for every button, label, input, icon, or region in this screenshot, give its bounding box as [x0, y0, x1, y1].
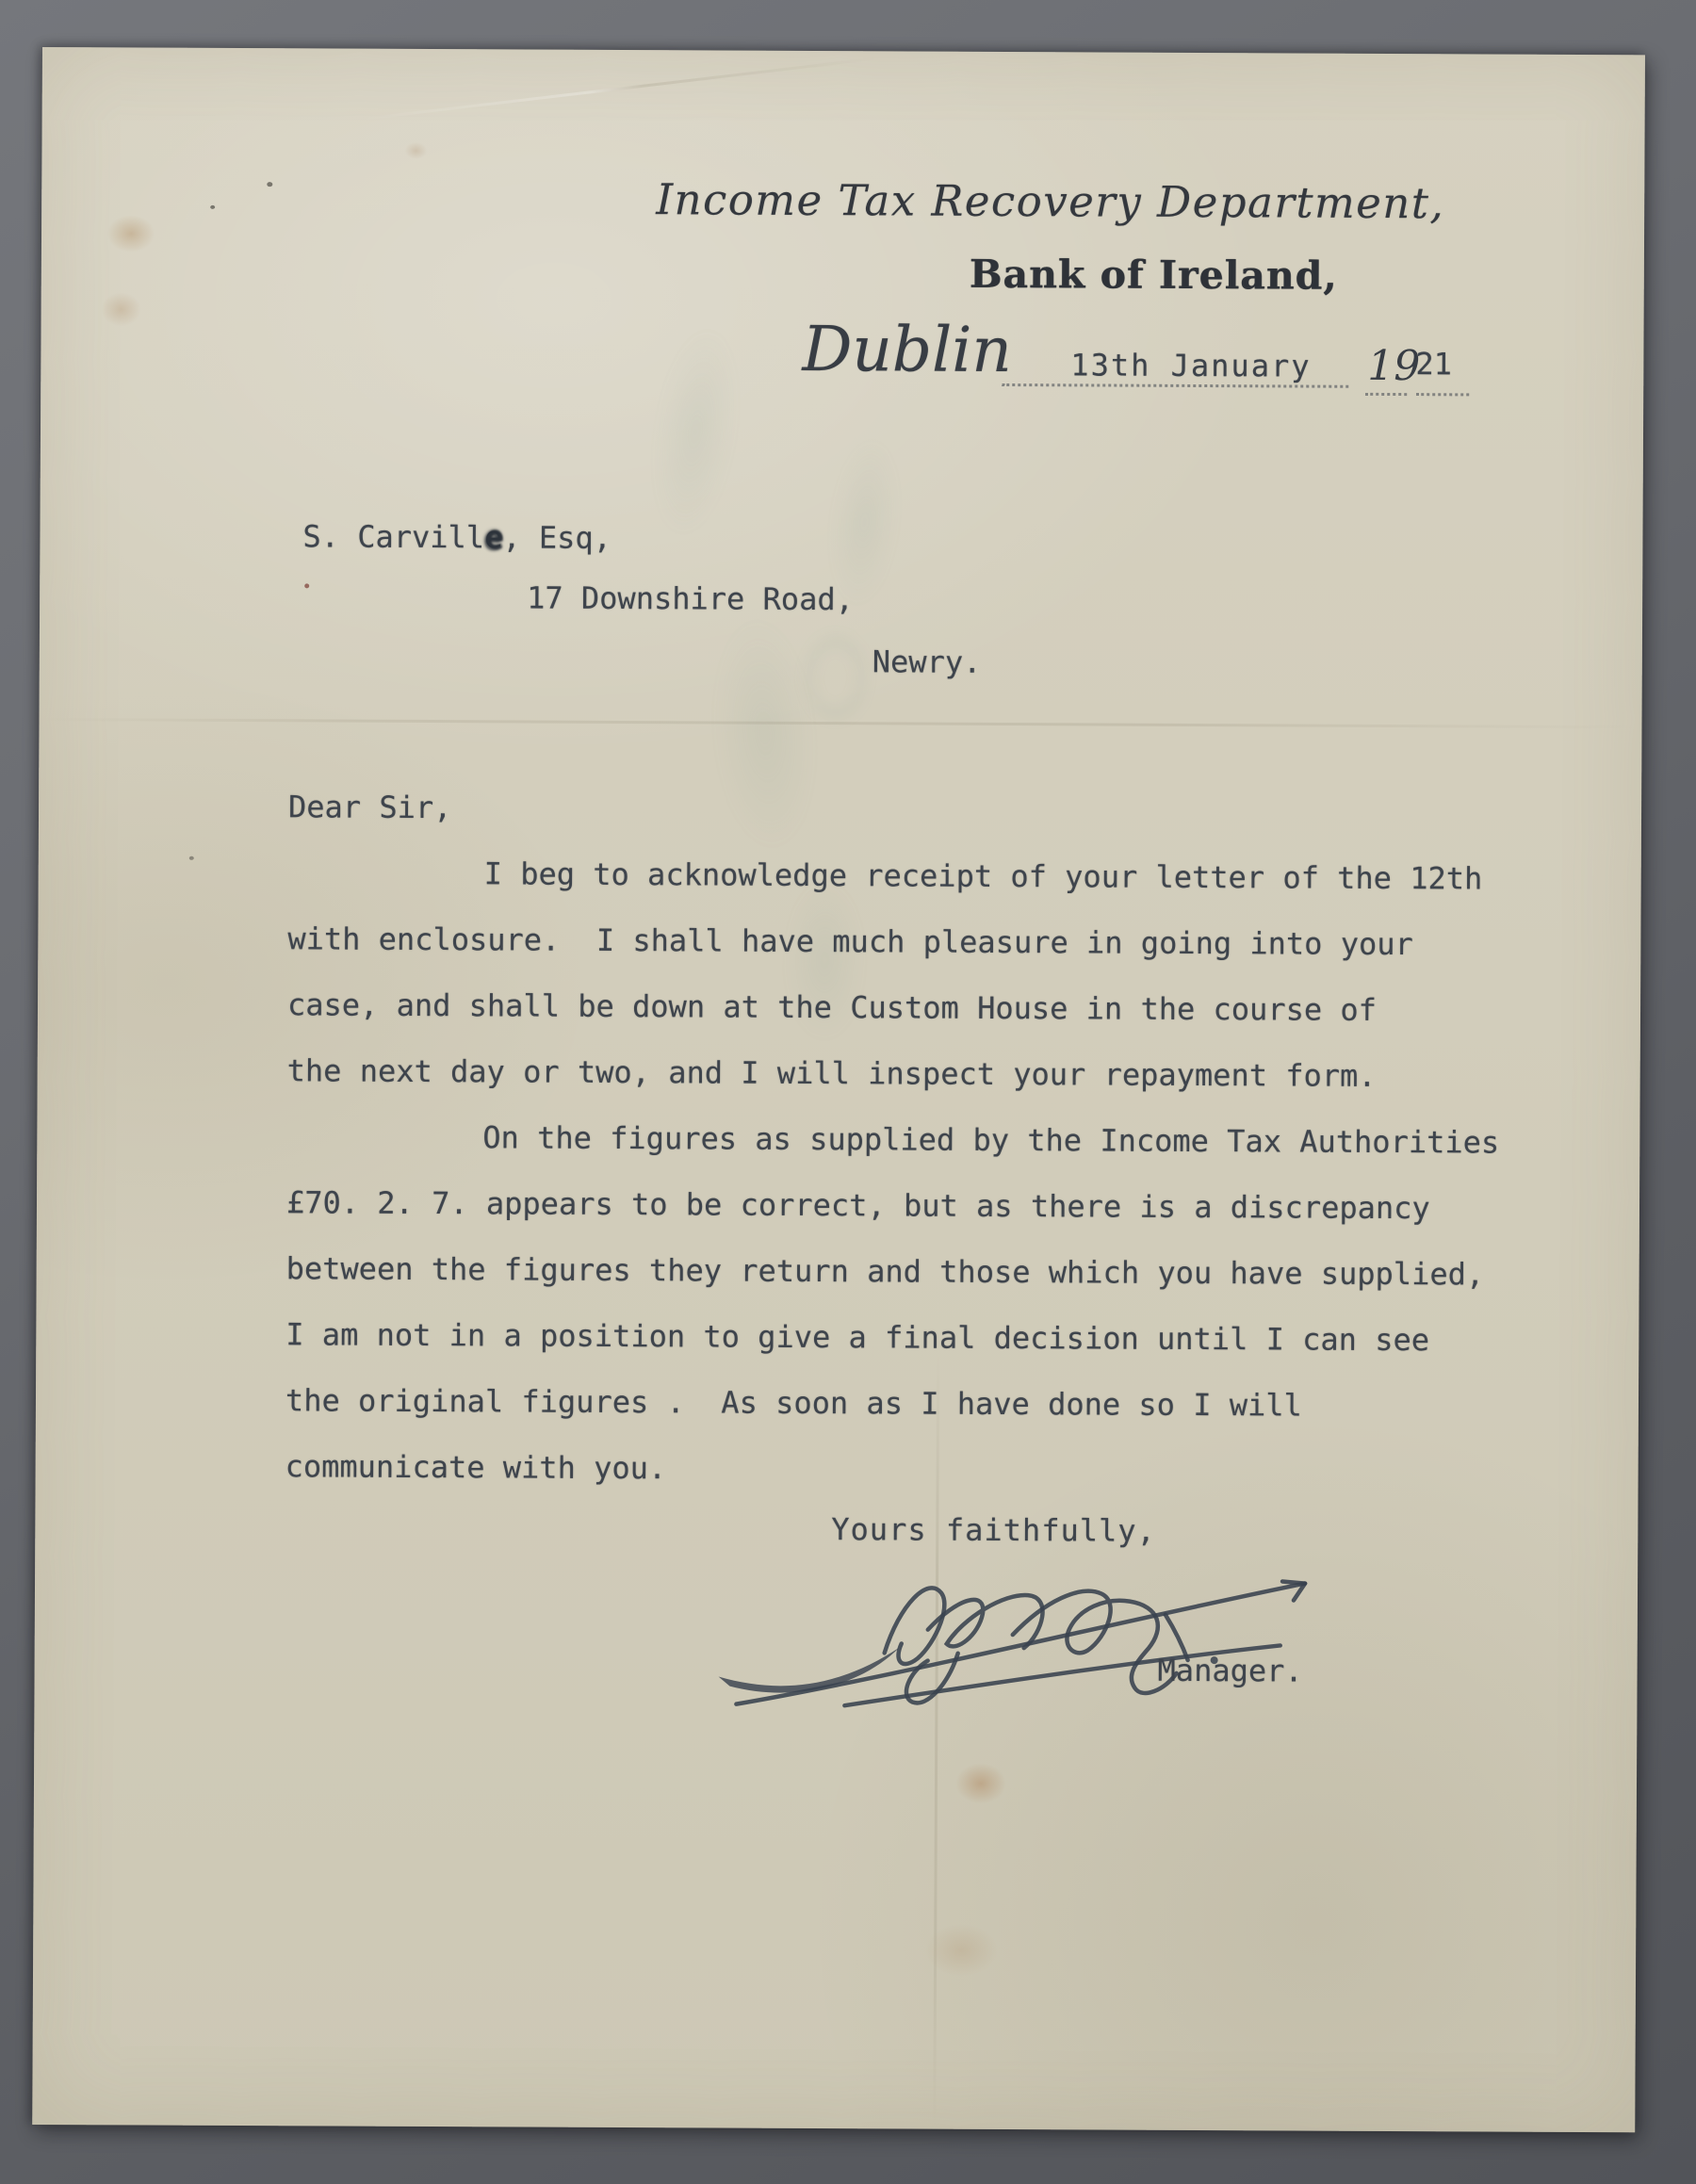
letter-body: Dear Sir, I beg to acknowledge receipt o…: [285, 774, 1513, 1505]
manager-signature-flourish: [675, 1537, 1335, 1728]
foxing-stain: [946, 1755, 1016, 1812]
ink-bleed-through-mark: [797, 626, 873, 729]
body-line: with enclosure. I shall have much pleasu…: [287, 905, 1512, 977]
salutation-line: Dear Sir,: [288, 774, 1513, 845]
body-line: the next day or two, and I will inspect …: [287, 1037, 1512, 1109]
recipient-street-line: 17 Downshire Road,: [527, 580, 854, 618]
recipient-name-end: , Esq,: [502, 519, 612, 556]
body-line: On the figures as supplied by the Income…: [286, 1103, 1511, 1175]
body-line: I beg to acknowledge receipt of your let…: [288, 839, 1513, 911]
ink-speck: [304, 583, 309, 588]
pin-hole: [210, 205, 215, 209]
letterhead-organization: Bank of Ireland,: [970, 252, 1338, 299]
signature-role-line: Manager.: [1158, 1653, 1303, 1689]
body-line: communicate with you.: [285, 1433, 1509, 1505]
foxing-stain: [98, 207, 164, 259]
body-line: case, and shall be down at the Custom Ho…: [287, 971, 1512, 1043]
date-dotted-line: [1365, 393, 1407, 396]
pin-hole: [267, 182, 272, 187]
foxing-stain: [93, 285, 150, 334]
date-dotted-line: [1002, 383, 1348, 388]
typed-year-suffix: 21: [1415, 346, 1452, 382]
fold-crease: [355, 57, 880, 122]
date-dotted-line: [1416, 393, 1469, 396]
recipient-town-line: Newry.: [872, 644, 982, 680]
recipient-name-line: S. Carville, Esq,: [302, 518, 612, 556]
recipient-name-start: S. Carvill: [302, 518, 484, 555]
letter-paper: Income Tax Recovery Department, Bank of …: [32, 47, 1645, 2132]
letterhead-department: Income Tax Recovery Department,: [656, 174, 1444, 228]
scan-mount-background: Income Tax Recovery Department, Bank of …: [0, 0, 1696, 2184]
smudged-letter: e: [484, 519, 502, 555]
letterhead-city: Dublin: [802, 313, 1012, 386]
foxing-stain: [400, 139, 432, 163]
typed-date: 13th January: [1070, 347, 1311, 383]
foxing-stain: [909, 1913, 1013, 1989]
ink-bleed-through-mark: [624, 285, 767, 579]
fold-crease: [40, 718, 1642, 728]
ink-speck: [189, 856, 194, 860]
body-line: £70. 2. 7. appears to be correct, but as…: [286, 1169, 1511, 1241]
printed-year-prefix: 19: [1367, 342, 1420, 390]
body-line: the original figures . As soon as I have…: [285, 1367, 1510, 1439]
body-line: I am not in a position to give a final d…: [285, 1301, 1510, 1373]
body-line: between the figures they return and thos…: [285, 1235, 1510, 1307]
